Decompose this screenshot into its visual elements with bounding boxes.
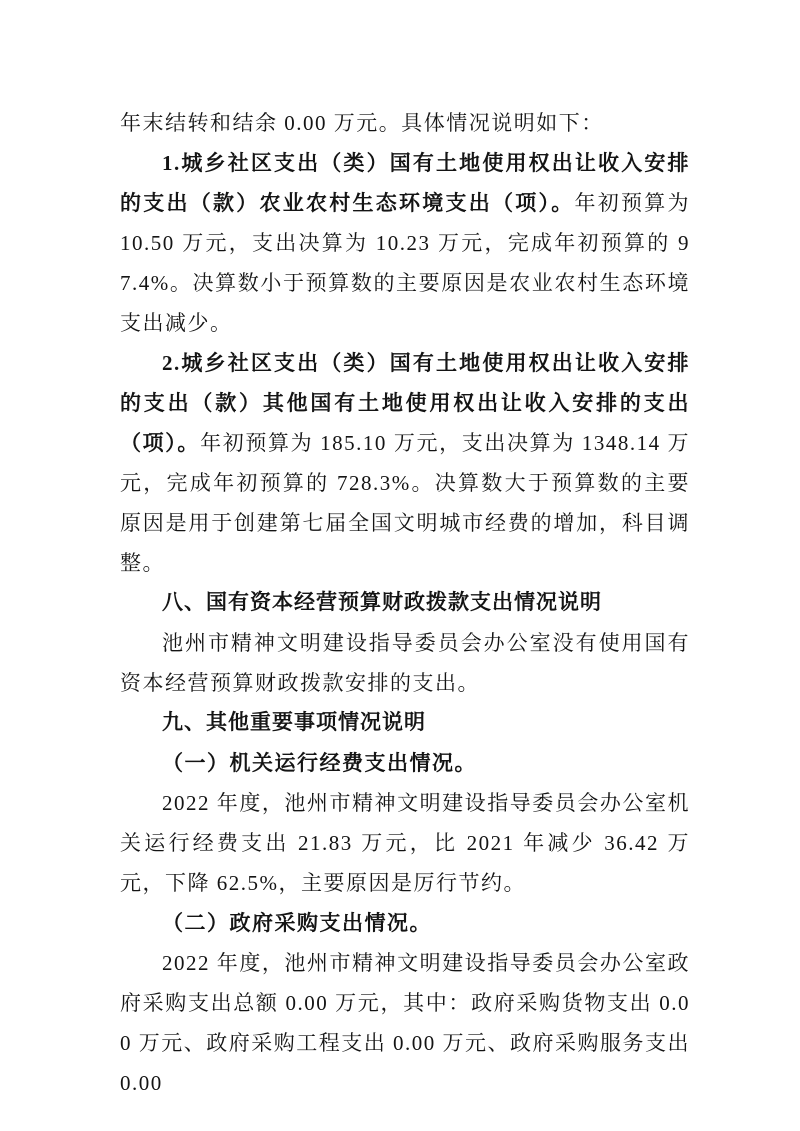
text-run: 年初预算为 185.10 万元，支出决算为 1348.14 万元，完成年初预算的… bbox=[120, 431, 690, 575]
paragraph: 2022 年度，池州市精神文明建设指导委员会办公室机关运行经费支出 21.83 … bbox=[120, 783, 690, 903]
section-heading: （一）机关运行经费支出情况。 bbox=[120, 743, 690, 783]
paragraph: 年末结转和结余 0.00 万元。具体情况说明如下： bbox=[120, 103, 690, 143]
text-run: （二）政府采购支出情况。 bbox=[162, 911, 432, 935]
text-run: 年末结转和结余 0.00 万元。具体情况说明如下： bbox=[120, 111, 604, 135]
section-heading: （二）政府采购支出情况。 bbox=[120, 903, 690, 943]
text-run: 2022 年度，池州市精神文明建设指导委员会办公室机关运行经费支出 21.83 … bbox=[120, 791, 690, 895]
text-run: 池州市精神文明建设指导委员会办公室没有使用国有资本经营预算财政拨款安排的支出。 bbox=[120, 631, 690, 695]
text-run: 八、国有资本经营预算财政拨款支出情况说明 bbox=[162, 591, 602, 614]
paragraph: 2022 年度，池州市精神文明建设指导委员会办公室政府采购支出总额 0.00 万… bbox=[120, 943, 690, 1103]
document-content: 年末结转和结余 0.00 万元。具体情况说明如下：1.城乡社区支出（类）国有土地… bbox=[120, 103, 690, 1103]
paragraph: 2.城乡社区支出（类）国有土地使用权出让收入安排的支出（款）其他国有土地使用权出… bbox=[120, 343, 690, 583]
document-page: 年末结转和结余 0.00 万元。具体情况说明如下：1.城乡社区支出（类）国有土地… bbox=[0, 0, 800, 1131]
text-run: 2022 年度，池州市精神文明建设指导委员会办公室政府采购支出总额 0.00 万… bbox=[120, 951, 690, 1095]
text-run: 九、其他重要事项情况说明 bbox=[162, 711, 426, 734]
paragraph: 1.城乡社区支出（类）国有土地使用权出让收入安排的支出（款）农业农村生态环境支出… bbox=[120, 143, 690, 343]
section-heading: 八、国有资本经营预算财政拨款支出情况说明 bbox=[120, 583, 690, 623]
section-heading: 九、其他重要事项情况说明 bbox=[120, 703, 690, 743]
paragraph: 池州市精神文明建设指导委员会办公室没有使用国有资本经营预算财政拨款安排的支出。 bbox=[120, 623, 690, 703]
text-run: （一）机关运行经费支出情况。 bbox=[162, 751, 477, 775]
